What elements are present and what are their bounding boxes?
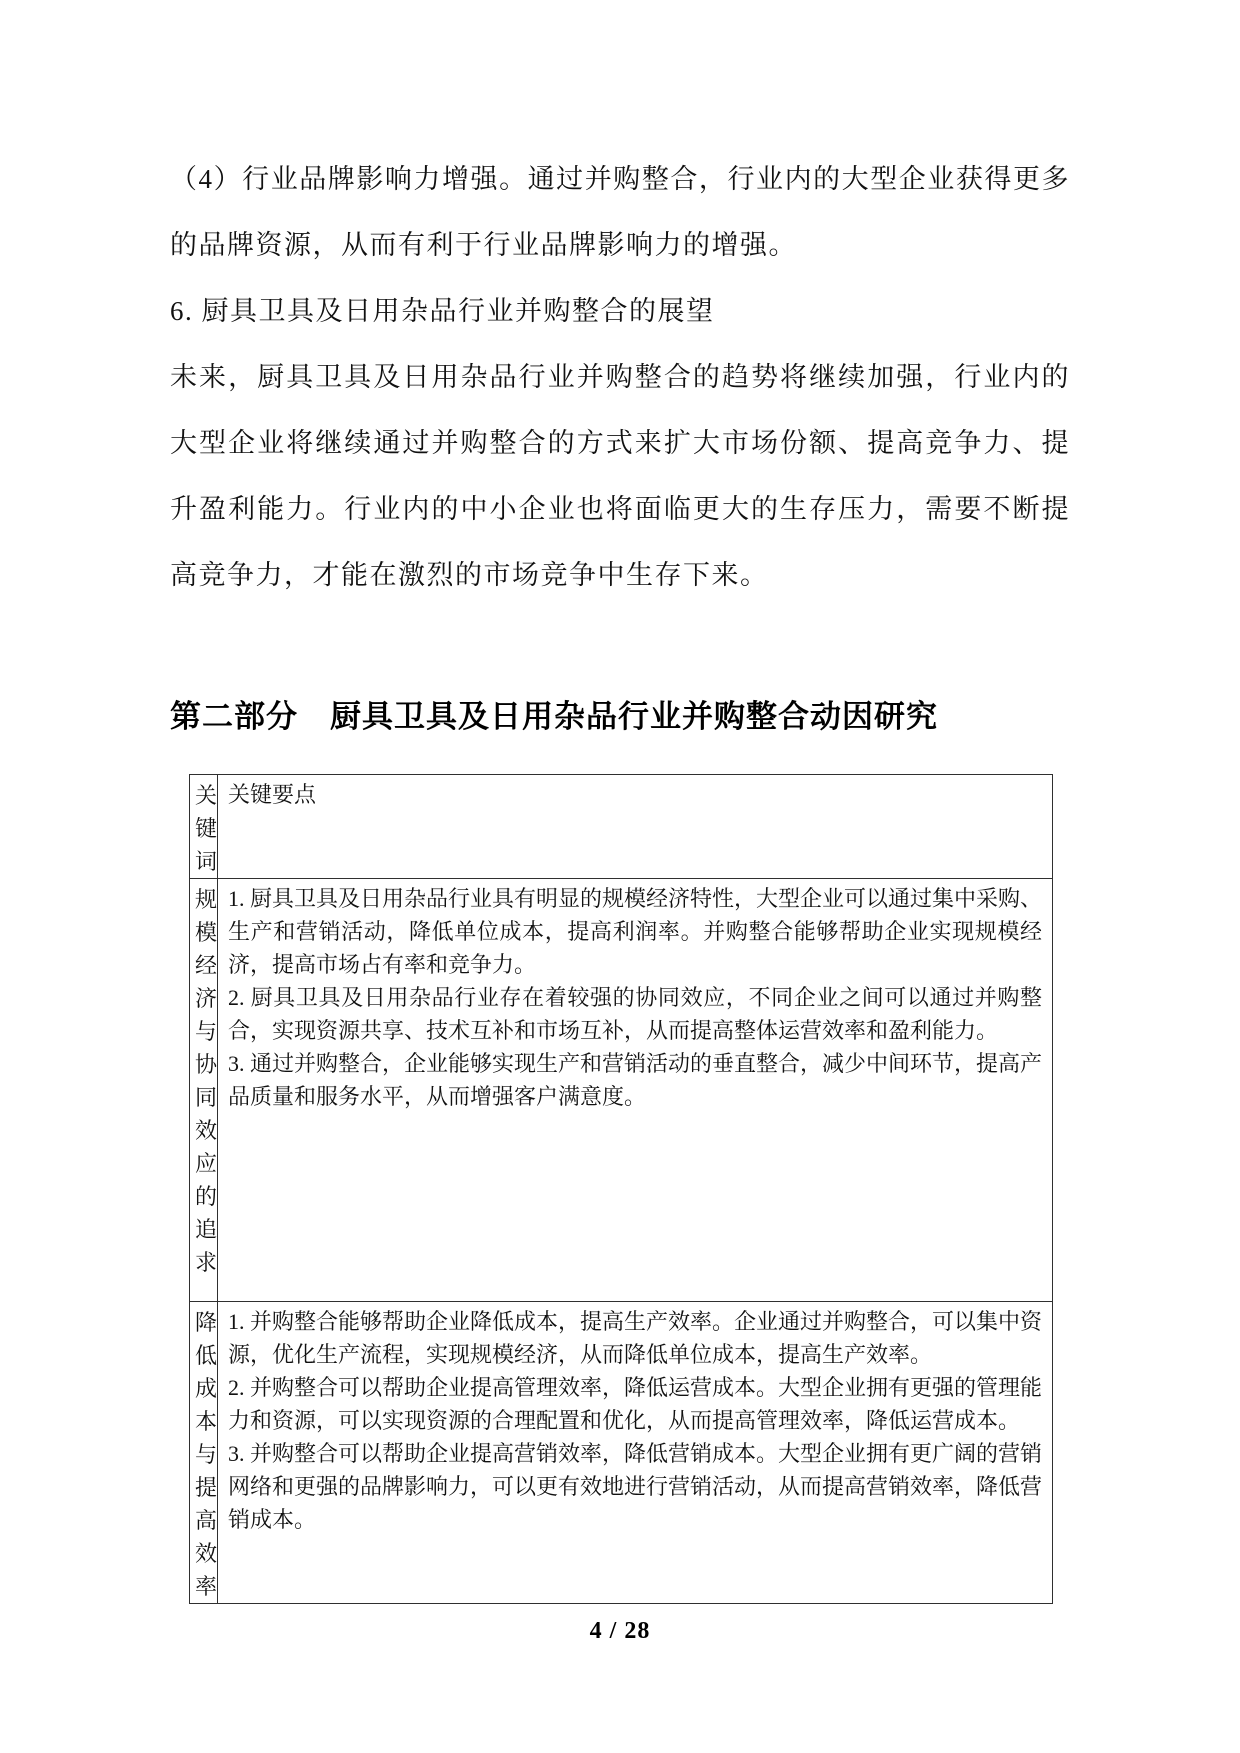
point-item: 3. 通过并购整合，企业能够实现生产和营销活动的垂直整合，减少中间环节，提高产品… [228,1047,1042,1113]
points-cell: 1. 厨具卫具及日用杂品行业具有明显的规模经济特性，大型企业可以通过集中采购、生… [218,879,1053,1302]
point-item: 1. 并购整合能够帮助企业降低成本，提高生产效率。企业通过并购整合，可以集中资源… [228,1305,1042,1371]
table-row: 降低成本与提高效率 1. 并购整合能够帮助企业降低成本，提高生产效率。企业通过并… [190,1302,1053,1604]
table-header-row: 关键词 关键要点 [190,775,1053,879]
page-number: 4 / 28 [170,1618,1070,1645]
points-cell: 1. 并购整合能够帮助企业降低成本，提高生产效率。企业通过并购整合，可以集中资源… [218,1302,1053,1604]
table-header-keyword: 关键词 [190,775,218,879]
point-item: 2. 厨具卫具及日用杂品行业存在着较强的协同效应，不同企业之间可以通过并购整合，… [228,981,1042,1047]
point-item: 1. 厨具卫具及日用杂品行业具有明显的规模经济特性，大型企业可以通过集中采购、生… [228,882,1042,981]
section-heading: 第二部分 厨具卫具及日用杂品行业并购整合动因研究 [170,696,1070,738]
point-item: 2. 并购整合可以帮助企业提高管理效率，降低运营成本。大型企业拥有更强的管理能力… [228,1371,1042,1437]
table-header-points: 关键要点 [218,775,1053,879]
document-page: （4）行业品牌影响力增强。通过并购整合，行业内的大型企业获得更多的品牌资源，从而… [0,0,1240,1753]
table-row: 规模经济与协同效应的追求 1. 厨具卫具及日用杂品行业具有明显的规模经济特性，大… [190,879,1053,1302]
body-paragraph: 未来，厨具卫具及日用杂品行业并购整合的趋势将继续加强，行业内的大型企业将继续通过… [170,344,1070,608]
keyword-cell: 降低成本与提高效率 [190,1302,218,1604]
point-item: 3. 并购整合可以帮助企业提高营销效率，降低营销成本。大型企业拥有更广阔的营销网… [228,1437,1042,1536]
key-points-table: 关键词 关键要点 规模经济与协同效应的追求 1. 厨具卫具及日用杂品行业具有明显… [189,774,1053,1604]
keyword-cell: 规模经济与协同效应的追求 [190,879,218,1302]
body-paragraph: （4）行业品牌影响力增强。通过并购整合，行业内的大型企业获得更多的品牌资源，从而… [170,146,1070,278]
body-text-block: （4）行业品牌影响力增强。通过并购整合，行业内的大型企业获得更多的品牌资源，从而… [170,146,1070,608]
body-paragraph: 6. 厨具卫具及日用杂品行业并购整合的展望 [170,278,1070,344]
